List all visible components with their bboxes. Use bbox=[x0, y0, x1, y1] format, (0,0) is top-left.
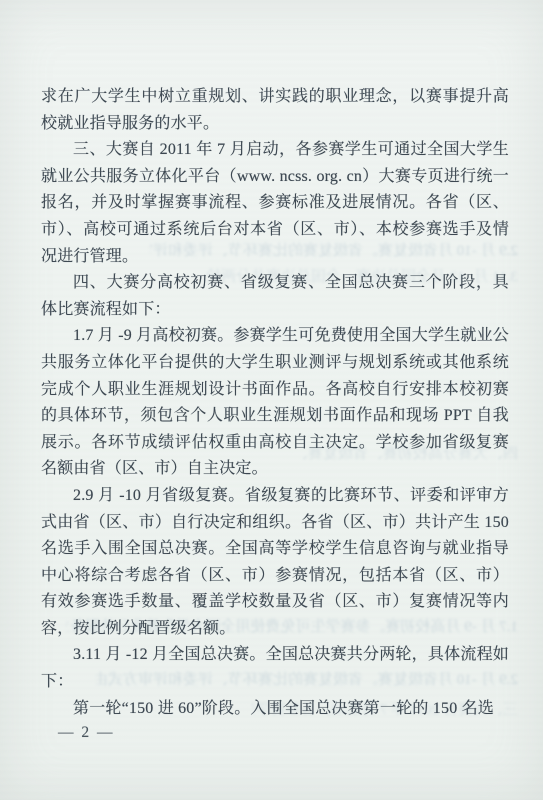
scanned-page: 2.9 月 -10 月省级复赛。省级复赛的比赛环节、评委和评审方式由省（区、市）… bbox=[0, 0, 543, 800]
body-paragraph: 求在广大学生中树立重规划、讲实践的职业理念，以赛事提升高校就业指导服务的水平。 bbox=[41, 84, 509, 137]
page-number: — 2 — bbox=[58, 724, 115, 742]
body-paragraph: 四、大赛分高校初赛、省级复赛、全国总决赛三个阶段，具体比赛流程如下： bbox=[41, 270, 509, 323]
body-paragraph: 3.11 月 -12 月全国总决赛。全国总决赛共分两轮，具体流程如下： bbox=[41, 642, 509, 695]
body-paragraph: 第一轮“150 进 60”阶段。入围全国总决赛第一轮的 150 名选 bbox=[41, 696, 509, 723]
body-paragraph: 1.7 月 -9 月高校初赛。参赛学生可免费使用全国大学生就业公共服务立体化平台… bbox=[41, 323, 509, 483]
body-paragraph: 2.9 月 -10 月省级复赛。省级复赛的比赛环节、评委和评审方式由省（区、市）… bbox=[41, 483, 509, 643]
document-body: 求在广大学生中树立重规划、讲实践的职业理念，以赛事提升高校就业指导服务的水平。 … bbox=[41, 84, 509, 722]
body-paragraph: 三、大赛自 2011 年 7 月启动，各参赛学生可通过全国大学生就业公共服务立体… bbox=[41, 137, 509, 270]
